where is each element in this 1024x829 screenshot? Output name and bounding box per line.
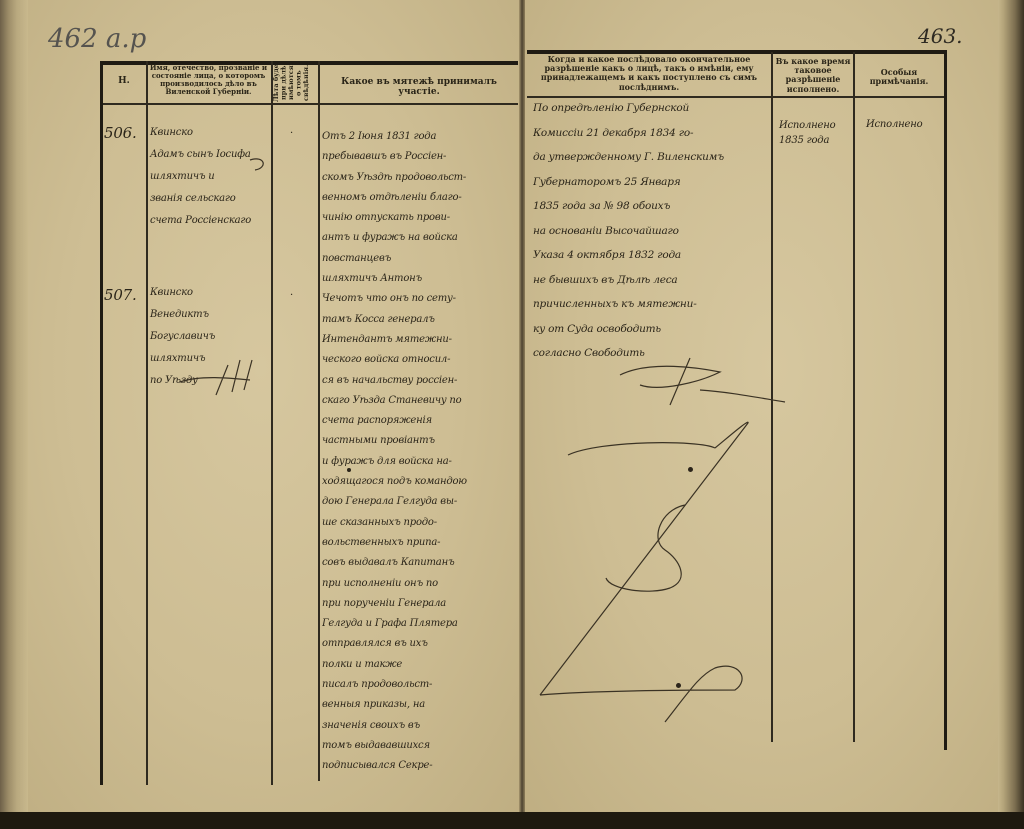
ledger-spread: 462 a.p 463. Н. Имя, отечество, прозвані… [0, 0, 1024, 815]
paper-hole [688, 467, 693, 472]
bottom-shadow [0, 812, 1024, 829]
ink-blot [347, 468, 351, 472]
paper-hole [676, 683, 681, 688]
